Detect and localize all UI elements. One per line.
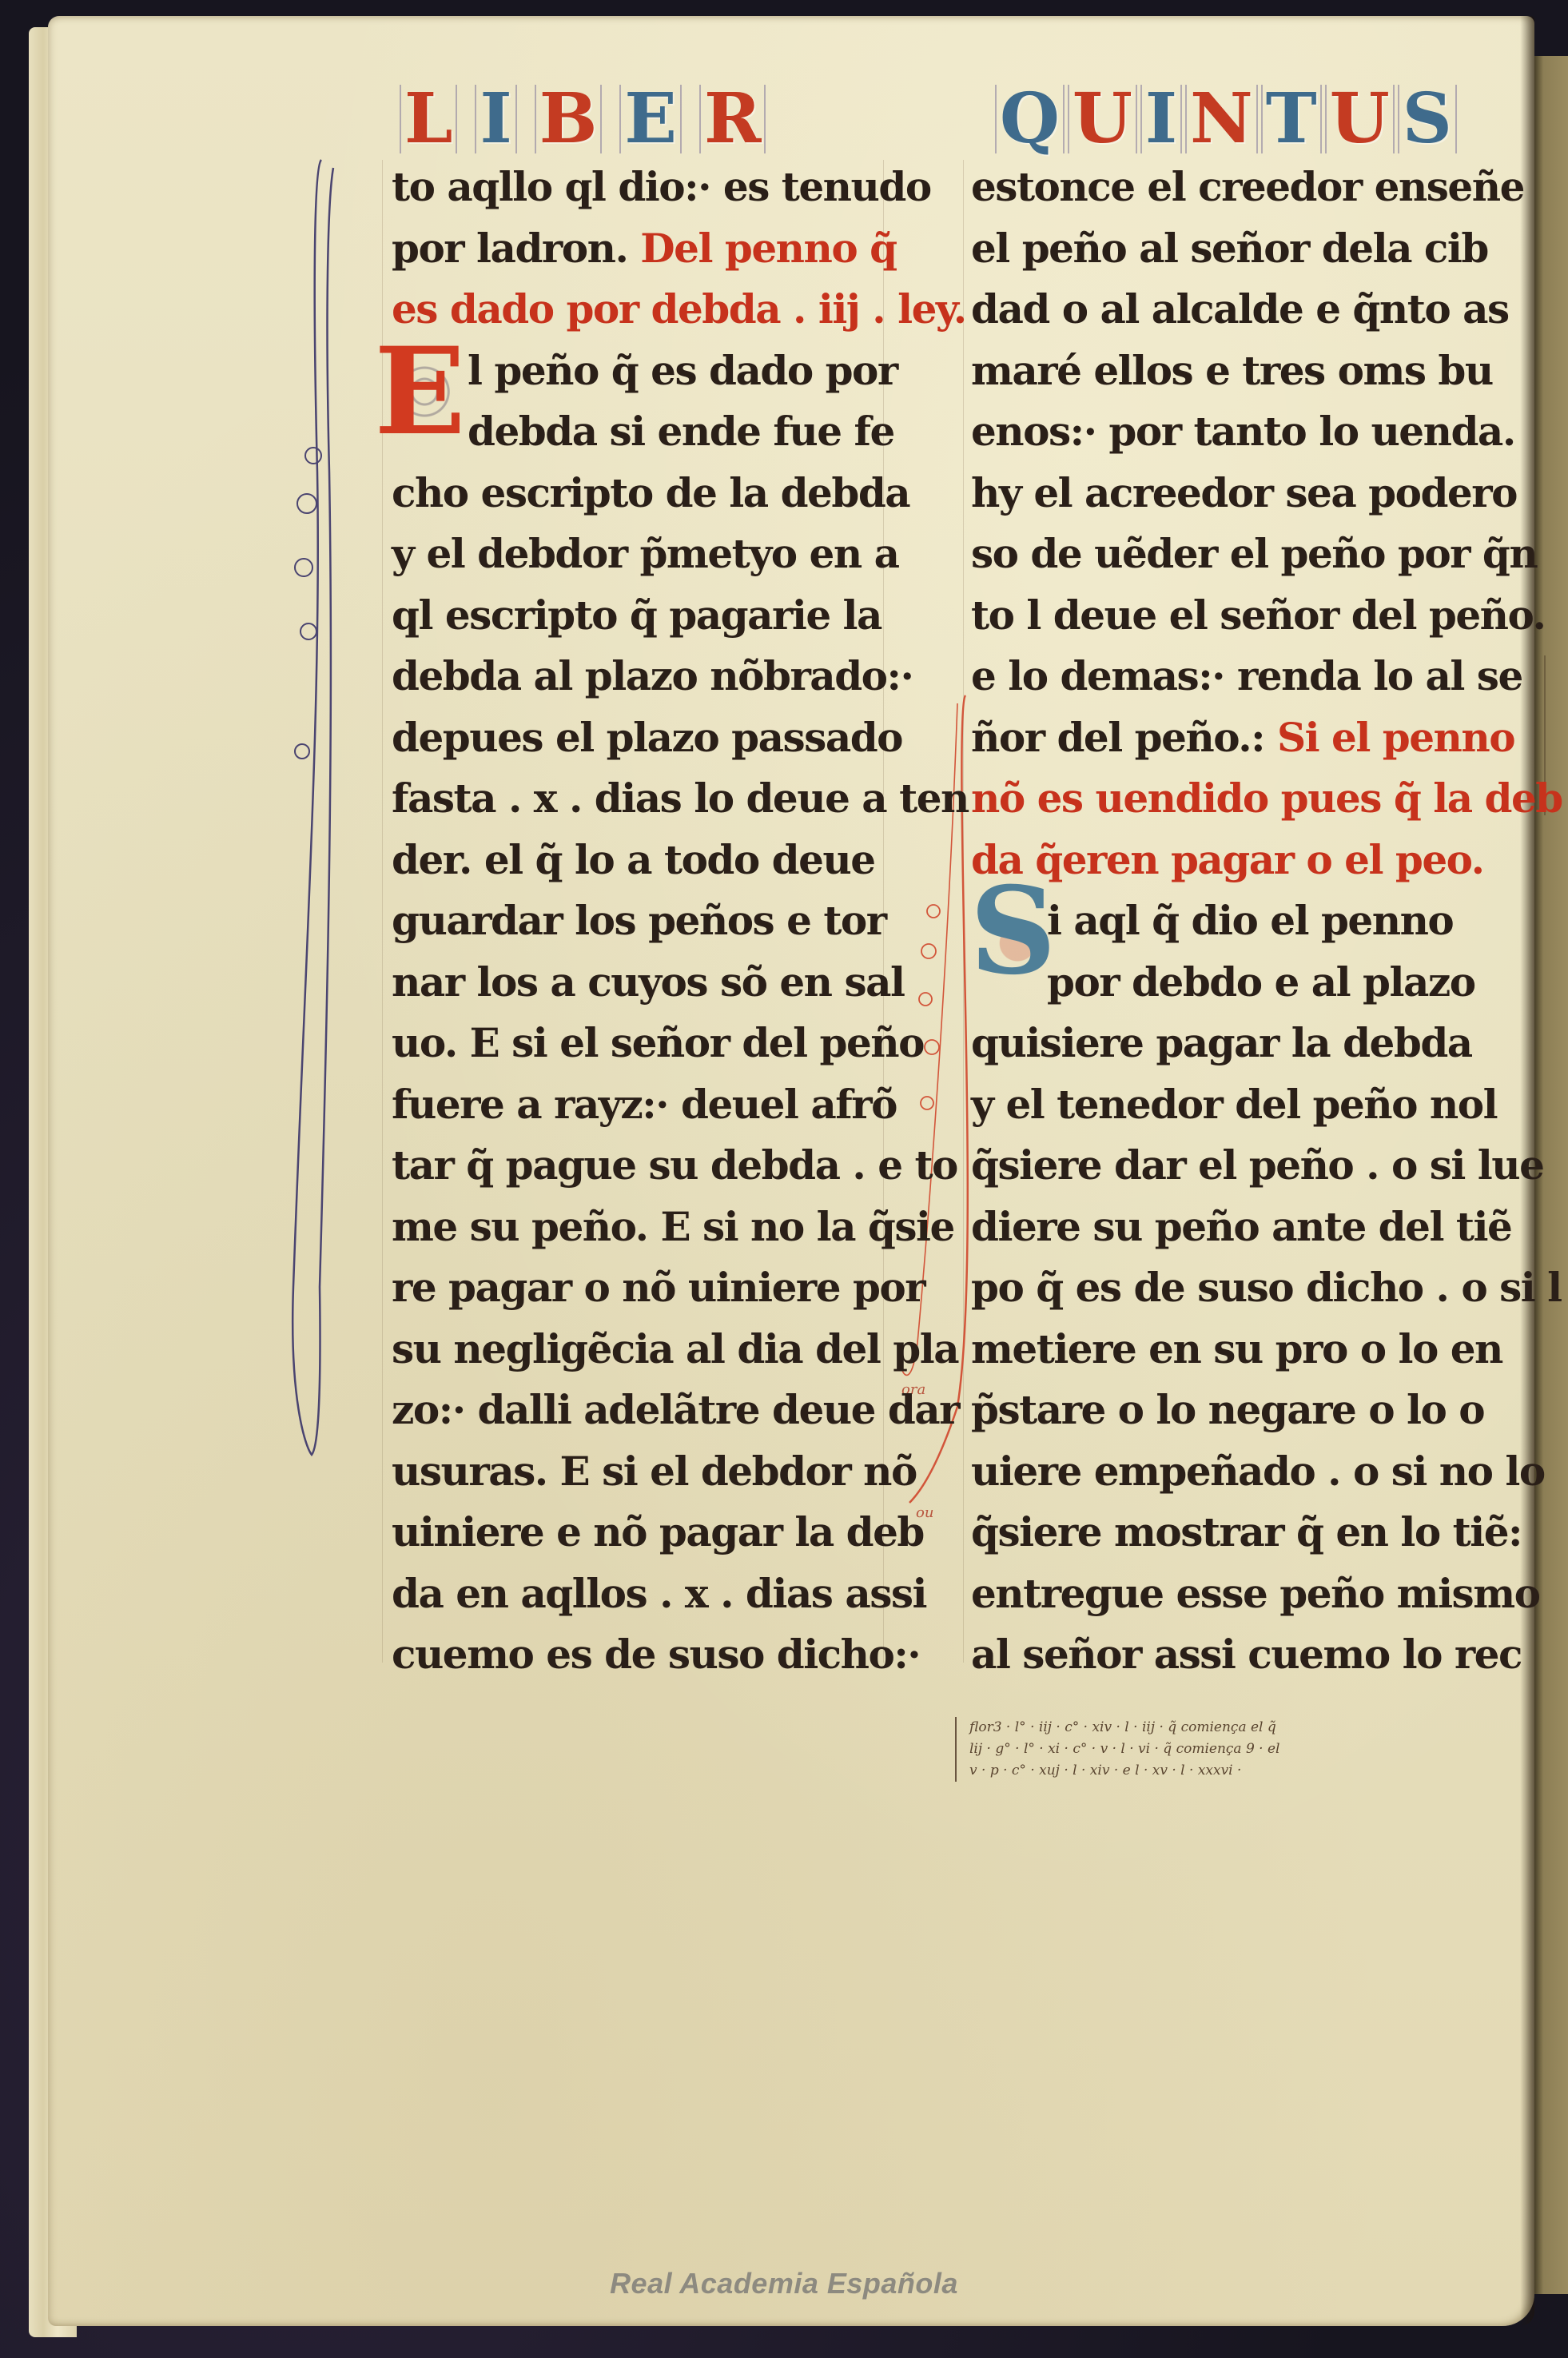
- text-line: fuere a rayz:· deuel afrõ: [392, 1074, 887, 1136]
- text-line: estonce el creedor enseñe: [971, 157, 1467, 218]
- annotation-line: flor3 · l° · iij · c° · xiv · l · iij · …: [969, 1717, 1449, 1739]
- text-line: l peño q̃ es dado por: [392, 341, 887, 402]
- title-letter: S: [1398, 85, 1457, 153]
- text-column-right: estonce el creedor enseñe el peño al señ…: [971, 157, 1467, 1686]
- text-line: tar q̃ pague su debda . e to: [392, 1135, 887, 1197]
- text-line: nar los a cuyos sõ en sal: [392, 952, 887, 1014]
- text-line: zo:· dalli adelãtre deue dar: [392, 1380, 887, 1441]
- text-line: depues el plazo passado: [392, 707, 887, 769]
- text-line: debda si ende fue fe: [392, 401, 887, 463]
- text-line: i aql q̃ dio el penno: [971, 890, 1467, 952]
- text-line: hy el acreedor sea podero: [971, 463, 1467, 524]
- title-letter: U: [1068, 85, 1137, 153]
- title-letter: Q: [995, 85, 1065, 153]
- text-line: dad o al alcalde e q̃nto as: [971, 279, 1467, 341]
- rubric-heading: nõ es uendido pues q̃ la deb: [971, 768, 1467, 830]
- title-letter: E: [619, 85, 682, 153]
- text-line: diere su peño ante del tiẽ: [971, 1197, 1467, 1258]
- text-line: uiniere e nõ pagar la deb: [392, 1502, 887, 1563]
- text-line: ql escripto q̃ pagarie la: [392, 585, 887, 647]
- text-line: usuras. E si el debdor nõ: [392, 1441, 887, 1503]
- text-line: guardar los peños e tor: [392, 890, 887, 952]
- title-letter: I: [1140, 85, 1182, 153]
- text-line: re pagar o nõ uiniere por: [392, 1257, 887, 1319]
- running-title-liber: L I B E R: [400, 66, 766, 153]
- text-line: q̃siere mostrar q̃ en lo tiẽ:: [971, 1502, 1467, 1563]
- title-letter: L: [400, 85, 457, 153]
- text-line: e lo demas:· renda lo al se: [971, 646, 1467, 707]
- text-column-left: to aqllo ql dio:· es tenudo por ladron. …: [392, 157, 887, 1686]
- text-line: metiere en su pro o lo en: [971, 1319, 1467, 1380]
- text-line: y el tenedor del peño nol: [971, 1074, 1467, 1136]
- running-title-quintus: Q U I N T U S: [995, 66, 1457, 153]
- text-line: enos:· por tanto lo uenda.: [971, 401, 1467, 463]
- annotation-line: lij · g° · l° · xi · c° · v · l · vi · q…: [969, 1739, 1449, 1760]
- text-line: el peño al señor dela cib: [971, 218, 1467, 280]
- text-line: der. el q̃ lo a todo deue: [392, 830, 887, 891]
- text-line: uo. E si el señor del peño: [392, 1013, 887, 1074]
- text-line: q̃siere dar el peño . o si lue: [971, 1135, 1467, 1197]
- text-line: da en aqllos . x . dias assi: [392, 1563, 887, 1625]
- text-line: por ladron. Del penno q̃: [392, 218, 887, 280]
- rubric-heading: da q̃eren pagar o el peo.: [971, 830, 1467, 891]
- title-letter: R: [699, 85, 766, 153]
- text-line: y el debdor p̃metyo en a: [392, 524, 887, 585]
- title-letter: T: [1261, 85, 1322, 153]
- watermark: Real Academia Española: [0, 2267, 1568, 2300]
- title-letter: I: [475, 85, 516, 153]
- text-line: to aqllo ql dio:· es tenudo: [392, 157, 887, 218]
- text-line: ñor del peño.: Si el penno: [971, 707, 1467, 769]
- text-line: uiere empeñado . o si no lo: [971, 1441, 1467, 1503]
- rubric-heading: Si el penno: [1277, 714, 1514, 761]
- text-line: entregue esse peño mismo: [971, 1563, 1467, 1625]
- text-line: po q̃ es de suso dicho . o si l: [971, 1257, 1467, 1319]
- text-line: quisiere pagar la debda: [971, 1013, 1467, 1074]
- penwork-flourish-icon: [289, 152, 353, 1463]
- cross-reference-annotation: flor3 · l° · iij · c° · xiv · l · iij · …: [955, 1717, 1449, 1782]
- rubric-heading: Del penno q̃: [640, 225, 896, 272]
- text-line: al señor assi cuemo lo rec: [971, 1624, 1467, 1686]
- text-line: to l deue el señor del peño.: [971, 585, 1467, 647]
- title-letter: U: [1325, 85, 1395, 153]
- text-line: fasta . x . dias lo deue a ten: [392, 768, 887, 830]
- text-line: cuemo es de suso dicho:·: [392, 1624, 887, 1686]
- rubric-heading: es dado por debda . iij . ley.: [392, 279, 887, 341]
- text-line: por debdo e al plazo: [971, 952, 1467, 1014]
- text-line: cho escripto de la debda: [392, 463, 887, 524]
- title-letter: N: [1185, 85, 1258, 153]
- text-line: su negligẽcia al dia del pla: [392, 1319, 887, 1380]
- annotation-line: v · p · c° · xuj · l · xiv · e l · xv · …: [969, 1760, 1449, 1782]
- text-line: maré ellos e tres oms bu: [971, 341, 1467, 402]
- text-line: p̃stare o lo negare o lo o: [971, 1380, 1467, 1441]
- text-line: so de uẽder el peño por q̃n: [971, 524, 1467, 585]
- text-line: me su peño. E si no la q̃sie: [392, 1197, 887, 1258]
- text-line: debda al plazo nõbrado:·: [392, 646, 887, 707]
- title-letter: B: [535, 85, 603, 153]
